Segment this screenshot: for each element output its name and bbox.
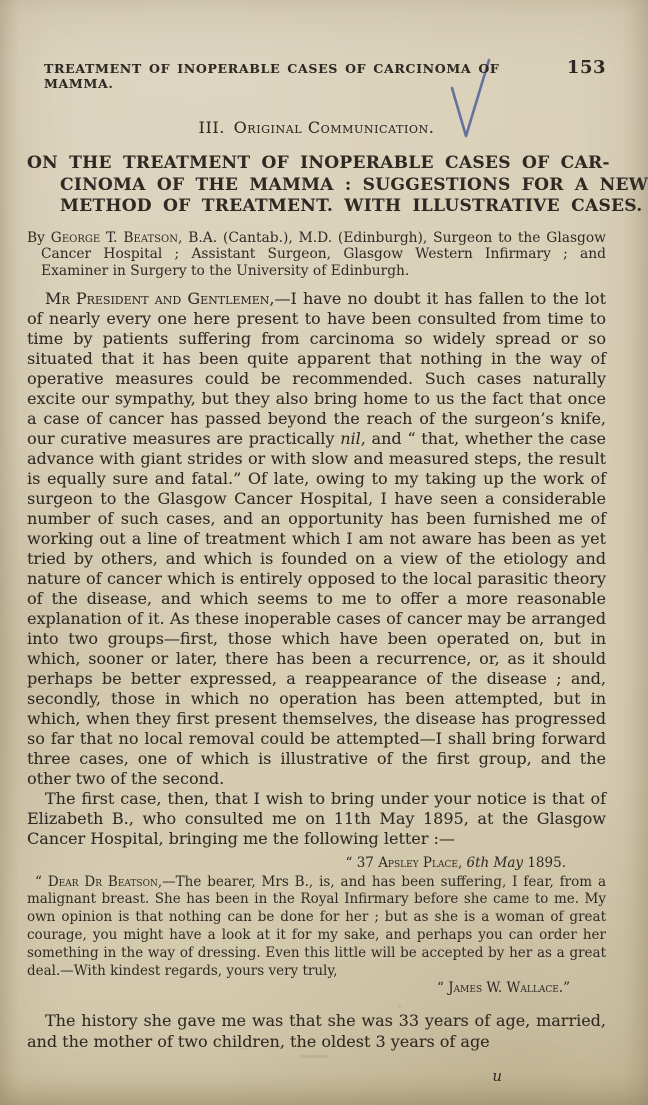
article-title-line: ON THE TREATMENT OF INOPERABLE CASES OF … (27, 153, 606, 175)
body-paragraph-1: Mr President and Gentlemen,—I have no do… (27, 289, 606, 789)
text-run: , (458, 855, 467, 871)
printers-signature-mark: u (27, 1067, 606, 1085)
text-run: “ 37 (346, 855, 379, 871)
author-byline: By George T. Beatson, B.A. (Cantab.), M.… (27, 230, 606, 280)
text-run: Mr President and Gentlemen (45, 289, 269, 308)
closing-paragraph: The history she gave me was that she was… (27, 1010, 606, 1052)
text-run: “ (35, 874, 48, 890)
text-run: By (27, 230, 51, 246)
running-head: TREATMENT OF INOPERABLE CASES OF CARCINO… (44, 57, 606, 91)
letter-address-date: “ 37 Apsley Place, 6th May 1895. (27, 855, 606, 873)
article-title-line: METHOD OF TREATMENT. WITH ILLUSTRATIVE C… (27, 196, 606, 218)
text-run: 6th May (467, 855, 524, 871)
section-heading: III. Original Communication. (27, 118, 606, 137)
page-content: TREATMENT OF INOPERABLE CASES OF CARCINO… (27, 0, 606, 1085)
text-run: , and “ that, whether the case advance w… (27, 429, 606, 788)
scanned-page: TREATMENT OF INOPERABLE CASES OF CARCINO… (0, 0, 648, 1105)
text-run: Dear Dr Beatson (48, 874, 158, 890)
text-run: III. (199, 118, 234, 137)
text-run: Original Communication. (234, 118, 435, 137)
letter-signature: “ James W. Wallace.” (27, 980, 606, 998)
article-title: ON THE TREATMENT OF INOPERABLE CASES OF … (27, 153, 606, 218)
text-run: George T. Beatson (51, 230, 178, 246)
running-head-title: TREATMENT OF INOPERABLE CASES OF CARCINO… (44, 61, 567, 91)
page-number: 153 (567, 57, 606, 78)
text-run: Apsley Place (378, 855, 458, 871)
text-run: nil (340, 429, 361, 448)
text-run: 1895. (523, 855, 566, 871)
text-run: .” (559, 980, 570, 996)
text-run: ,—I have no doubt it has fallen to the l… (27, 289, 606, 448)
text-run: “ (437, 980, 448, 996)
text-run: James W. Wallace (448, 980, 559, 996)
quoted-letter: “ 37 Apsley Place, 6th May 1895. “ Dear … (27, 855, 606, 998)
article-title-line: CINOMA OF THE MAMMA : SUGGESTIONS FOR A … (27, 175, 606, 197)
letter-body: “ Dear Dr Beatson,—The bearer, Mrs B., i… (27, 874, 606, 981)
body-paragraph-2: The first case, then, that I wish to bri… (27, 789, 606, 849)
